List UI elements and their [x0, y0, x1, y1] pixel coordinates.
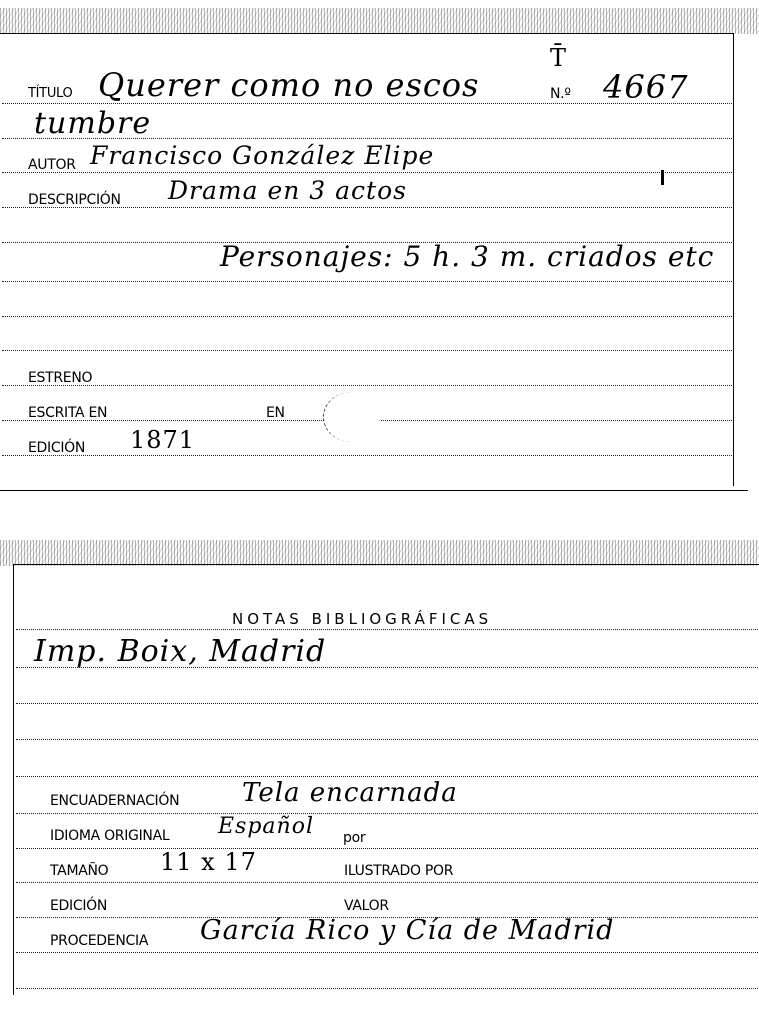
rule-line [2, 172, 732, 173]
rule-line [16, 952, 758, 953]
rule-line [2, 455, 732, 456]
encuadernacion-label: ENCUADERNACIÓN [50, 793, 179, 809]
scan-edge-noise [0, 540, 759, 566]
edicion-label: EDICIÓN [28, 440, 85, 456]
estreno-label: ESTRENO [28, 370, 92, 386]
tamano-value: 11 x 17 [160, 848, 257, 876]
edicion-value: 1871 [130, 426, 195, 454]
descripcion-value: Drama en 3 actos [168, 176, 407, 205]
titulo-value-line1: Querer como no escos [98, 66, 479, 104]
descripcion-label: DESCRIPCIÓN [28, 192, 121, 208]
idioma-original-label: IDIOMA ORIGINAL [50, 828, 169, 844]
rule-line [16, 703, 758, 704]
scan-edge-noise [0, 8, 759, 34]
personajes-value: Personajes: 5 h. 3 m. criados etc [220, 240, 714, 273]
tamano-label: TAMAÑO [50, 863, 108, 879]
rule-line [2, 316, 732, 317]
ink-mark [661, 170, 664, 185]
idioma-original-value: Español [218, 814, 314, 839]
autor-value: Francisco González Elipe [90, 141, 434, 170]
autor-label: AUTOR [28, 157, 76, 173]
procedencia-value: García Rico y Cía de Madrid [200, 915, 614, 946]
en-label: EN [266, 405, 285, 421]
catalog-card-front: TÍTULO Querer como no escos N.º T̄ 4667 … [0, 0, 759, 495]
rule-line [2, 385, 732, 386]
catalog-card-back: NOTAS BIBLIOGRÁFICAS Imp. Boix, Madrid E… [0, 530, 759, 1028]
rule-line [2, 350, 732, 351]
rule-line [16, 739, 758, 740]
ilustrado-por-label: ILUSTRADO POR [344, 863, 453, 879]
numero-value: 4667 [603, 68, 688, 106]
numero-label: N.º [550, 86, 571, 102]
notas-value: Imp. Boix, Madrid [34, 634, 326, 669]
titulo-label: TÍTULO [28, 86, 72, 101]
por-label: por [343, 830, 365, 846]
punch-hole [323, 392, 380, 442]
rule-line [2, 281, 732, 282]
rule-line [16, 629, 758, 630]
rule-line [16, 776, 758, 777]
encuadernacion-value: Tela encarnada [242, 778, 458, 808]
escrita-en-label: ESCRITA EN [28, 405, 107, 421]
rule-line [16, 813, 758, 814]
rule-line [16, 848, 758, 849]
rule-line [16, 988, 758, 989]
numero-mark: T̄ [550, 44, 567, 72]
notas-bibliograficas-heading: NOTAS BIBLIOGRÁFICAS [232, 610, 492, 628]
titulo-value-line2: tumbre [34, 106, 151, 141]
edicion-label-2: EDICIÓN [50, 898, 107, 914]
procedencia-label: PROCEDENCIA [50, 933, 148, 949]
card-bottom-edge [0, 490, 748, 491]
rule-line [16, 882, 758, 883]
valor-label: VALOR [344, 898, 389, 914]
